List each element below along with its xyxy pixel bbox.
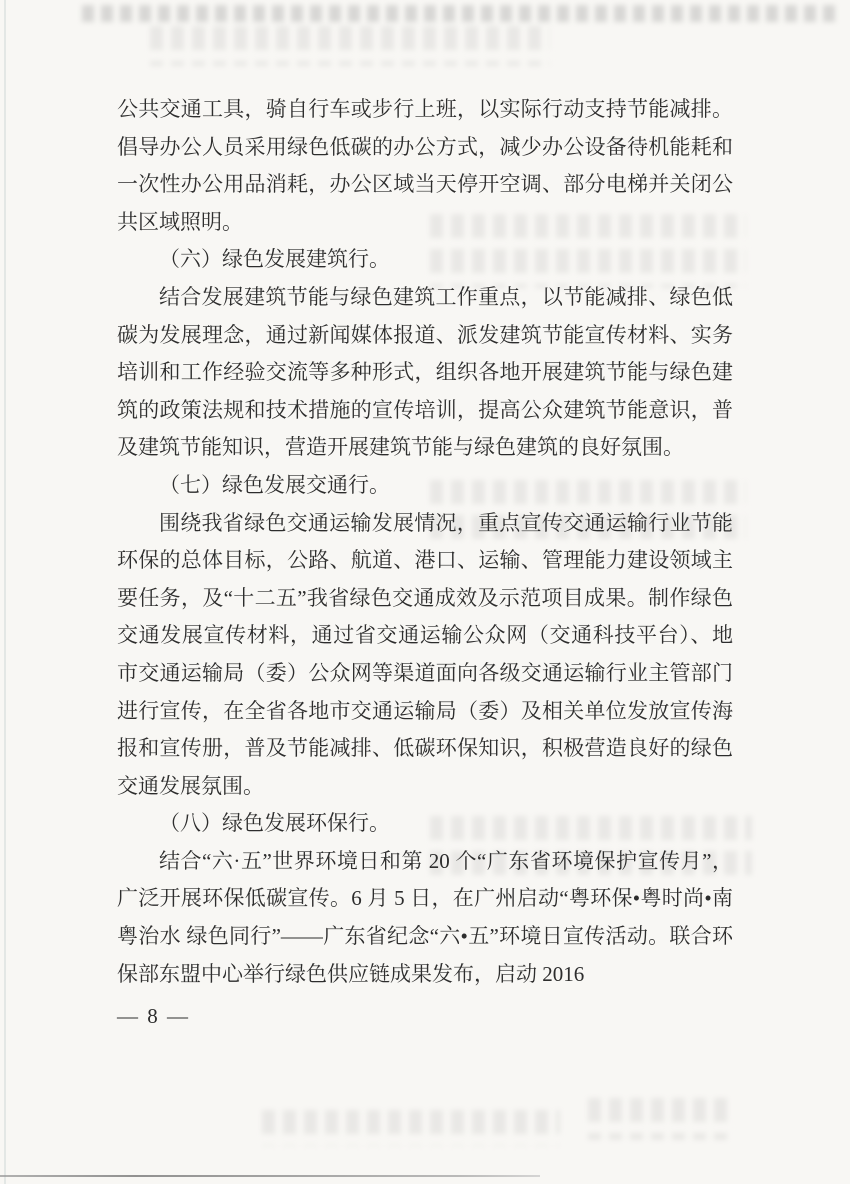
scanner-edge-line <box>4 0 6 1184</box>
section-heading: （八）绿色发展环保行。 <box>117 805 733 843</box>
page-number: — 8 — <box>117 998 733 1036</box>
body-paragraph: 围绕我省绿色交通运输发展情况，重点宣传交通运输行业节能环保的总体目标，公路、航道… <box>117 505 733 806</box>
bleed-through-smudge-bottom-left <box>262 1110 560 1146</box>
bleed-through-smudge-top <box>150 26 550 66</box>
scanned-document-page: 公共交通工具，骑自行车或步行上班，以实际行动支持节能减排。倡导办公人员采用绿色低… <box>0 0 850 1184</box>
document-text-block: 公共交通工具，骑自行车或步行上班，以实际行动支持节能减排。倡导办公人员采用绿色低… <box>117 91 733 1036</box>
body-paragraph: 结合发展建筑节能与绿色建筑工作重点，以节能减排、绿色低碳为发展理念，通过新闻媒体… <box>117 279 733 467</box>
scan-fold-line <box>0 1175 540 1177</box>
bleed-through-text-top <box>82 5 842 22</box>
bleed-through-smudge-bottom-right <box>588 1098 730 1140</box>
section-heading: （七）绿色发展交通行。 <box>117 467 733 505</box>
body-paragraph: 结合“六·五”世界环境日和第 20 个“广东省环境保护宣传月”，广泛开展环保低碳… <box>117 843 733 993</box>
section-heading: （六）绿色发展建筑行。 <box>117 241 733 279</box>
body-paragraph: 公共交通工具，骑自行车或步行上班，以实际行动支持节能减排。倡导办公人员采用绿色低… <box>117 91 733 241</box>
